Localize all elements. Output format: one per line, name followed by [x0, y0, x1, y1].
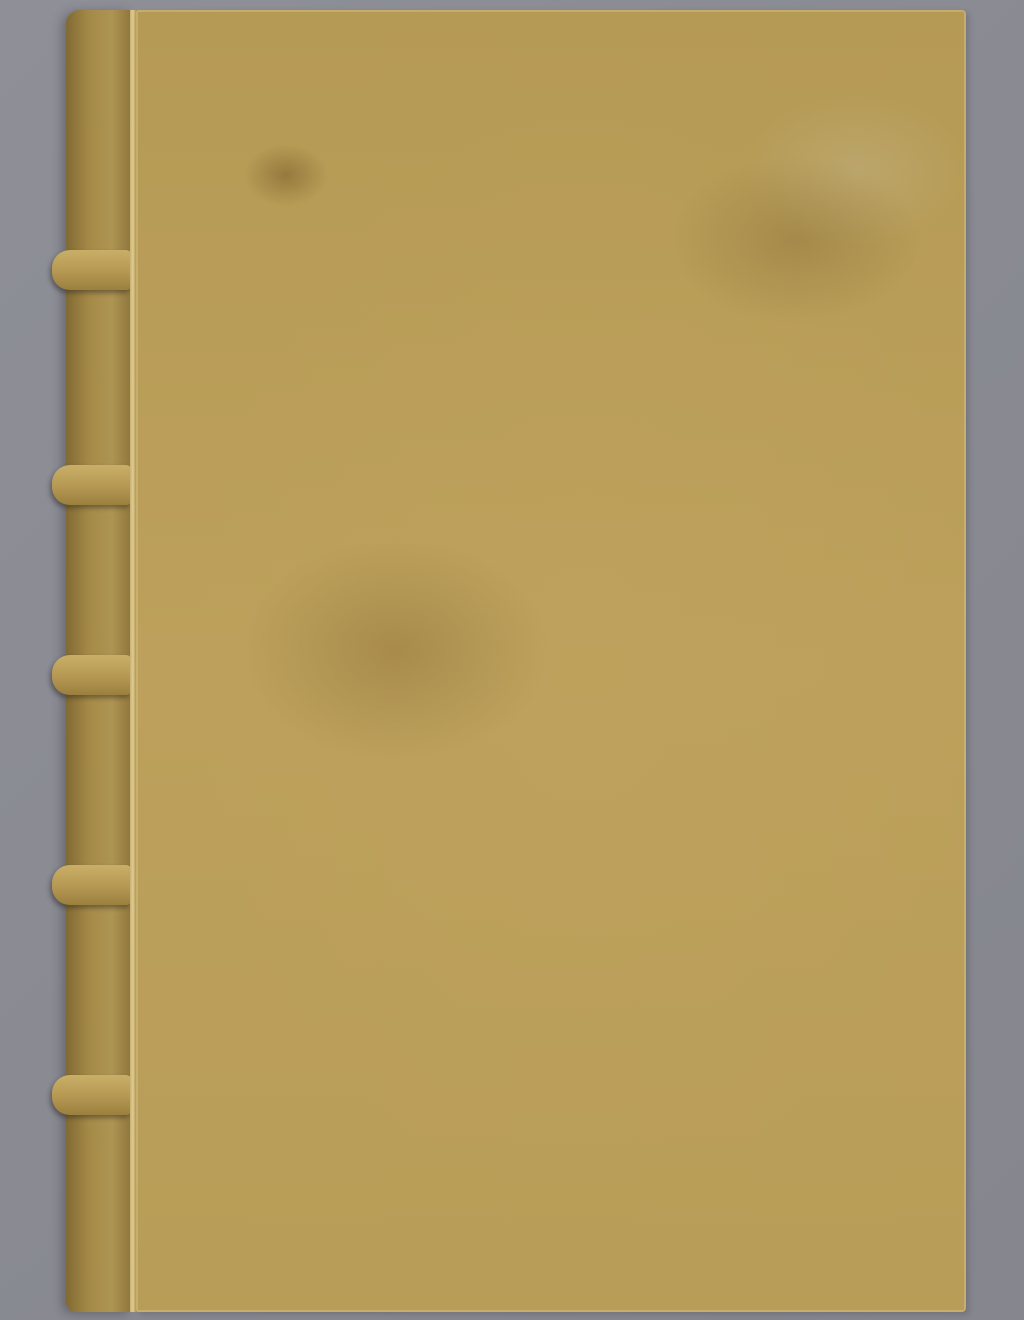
spine-band-3 — [52, 655, 132, 695]
book — [66, 10, 966, 1312]
spine-band-4 — [52, 865, 132, 905]
book-spine — [66, 10, 132, 1312]
spine-band-2 — [52, 465, 132, 505]
front-cover — [136, 10, 966, 1312]
spine-band-1 — [52, 250, 132, 290]
spine-band-5 — [52, 1075, 132, 1115]
